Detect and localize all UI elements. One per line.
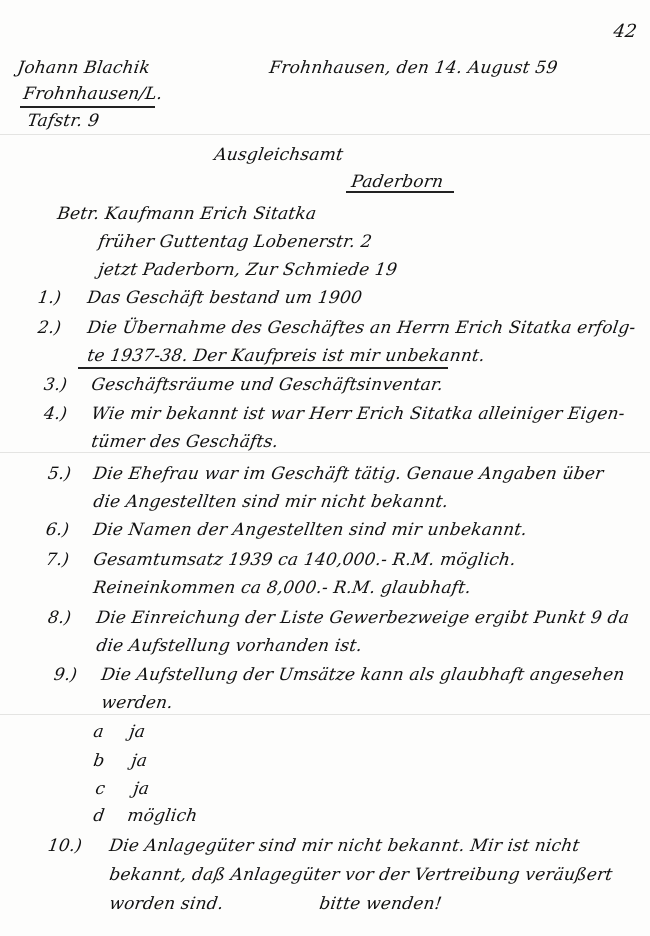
sender-town-underline bbox=[20, 106, 155, 108]
scan-fold-line bbox=[0, 134, 650, 135]
item-number: 3.) bbox=[43, 375, 69, 395]
item-text: Reineinkommen ca 8,000.- R.M. glaubhaft. bbox=[92, 578, 472, 598]
item-text: Die Ehefrau war im Geschäft tätig. Genau… bbox=[92, 464, 605, 484]
item-number: 2.) bbox=[37, 318, 63, 338]
item-text: Wie mir bekannt ist war Herr Erich Sitat… bbox=[90, 404, 626, 424]
item-text: Die Einreichung der Liste Gewerbezweige … bbox=[95, 608, 630, 628]
item-text: worden sind. bbox=[108, 894, 225, 914]
subject-line-2: früher Guttentag Lobenerstr. 2 bbox=[97, 232, 373, 252]
item-text: Die Anlagegüter sind mir nicht bekannt. … bbox=[108, 836, 581, 856]
item-text: bekannt, daß Anlagegüter vor der Vertrei… bbox=[108, 865, 614, 885]
item-text: die Aufstellung vorhanden ist. bbox=[95, 636, 363, 656]
item-text: Gesamtumsatz 1939 ca 140,000.- R.M. mögl… bbox=[92, 550, 517, 570]
recipient-city-underline bbox=[346, 191, 454, 193]
subject-line-1: Betr. Kaufmann Erich Sitatka bbox=[56, 204, 318, 224]
subitem-answer: ja bbox=[132, 779, 151, 799]
item-number: 6.) bbox=[45, 520, 71, 540]
item-text: Geschäftsräume und Geschäftsinventar. bbox=[90, 375, 444, 395]
subitem-answer: möglich bbox=[126, 806, 199, 826]
item-number: 7.) bbox=[45, 550, 71, 570]
subitem-letter: c bbox=[94, 779, 107, 799]
subitem-letter: a bbox=[92, 722, 105, 742]
subject-line-3: jetzt Paderborn, Zur Schmiede 19 bbox=[97, 260, 398, 280]
item-text: die Angestellten sind mir nicht bekannt. bbox=[92, 492, 450, 512]
item-text: Das Geschäft bestand um 1900 bbox=[86, 288, 363, 308]
item-text: Die Namen der Angestellten sind mir unbe… bbox=[92, 520, 528, 540]
item-text: Die Übernahme des Geschäftes an Herrn Er… bbox=[86, 318, 637, 338]
scan-fold-line bbox=[0, 714, 650, 715]
page-number: 42 bbox=[612, 22, 638, 42]
item-text: werden. bbox=[100, 693, 174, 713]
subitem-answer: ja bbox=[130, 751, 149, 771]
place-date: Frohnhausen, den 14. August 59 bbox=[268, 58, 559, 78]
scan-fold-line bbox=[0, 452, 650, 453]
subitem-letter: d bbox=[92, 806, 106, 826]
item-2-underline bbox=[78, 367, 448, 369]
item-number: 1.) bbox=[37, 288, 63, 308]
scanned-letter-page: 42 Johann Blachik Frohnhausen/L. Tafstr.… bbox=[0, 0, 650, 936]
item-number: 4.) bbox=[43, 404, 69, 424]
recipient-city: Paderborn bbox=[350, 172, 445, 192]
item-number: 10.) bbox=[47, 836, 83, 856]
turn-over-note: bitte wenden! bbox=[318, 894, 443, 914]
subitem-answer: ja bbox=[128, 722, 147, 742]
sender-name: Johann Blachik bbox=[16, 58, 151, 78]
item-text: Die Aufstellung der Umsätze kann als gla… bbox=[100, 665, 626, 685]
subitem-letter: b bbox=[92, 751, 106, 771]
item-number: 5.) bbox=[47, 464, 73, 484]
item-text: te 1937-38. Der Kaufpreis ist mir unbeka… bbox=[86, 346, 486, 366]
recipient-office: Ausgleichsamt bbox=[213, 145, 344, 165]
item-number: 8.) bbox=[47, 608, 73, 628]
item-number: 9.) bbox=[53, 665, 79, 685]
item-text: tümer des Geschäfts. bbox=[90, 432, 280, 452]
sender-street: Tafstr. 9 bbox=[26, 111, 100, 131]
sender-town: Frohnhausen/L. bbox=[22, 84, 164, 104]
